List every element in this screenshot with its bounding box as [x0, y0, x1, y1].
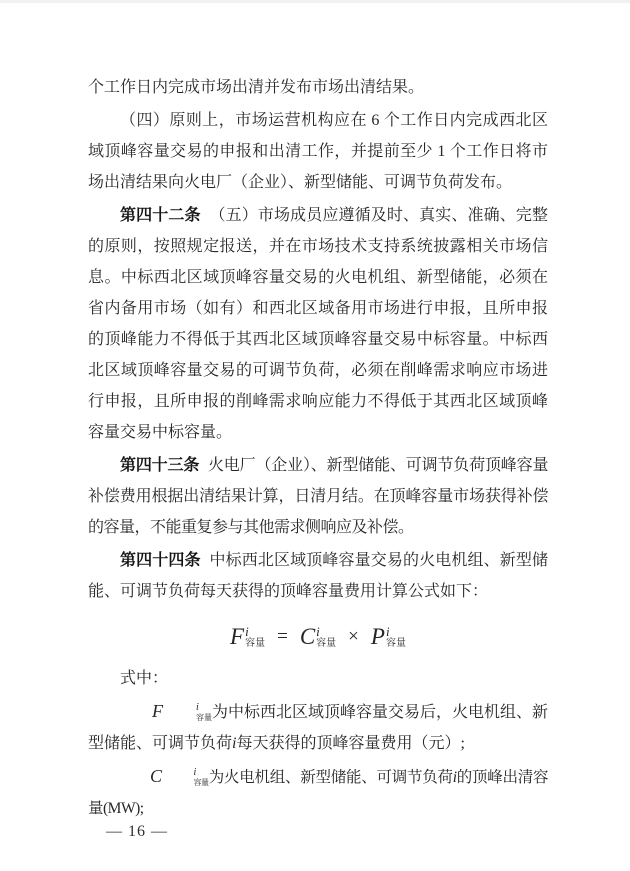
math-scripts: i容量 [163, 768, 209, 787]
math-superscript-i: i [386, 625, 390, 638]
math-superscript-i: i [316, 625, 320, 638]
equals-sign: = [277, 621, 288, 652]
article-43-number: 第四十三条 [120, 457, 199, 474]
article-42-number: 第四十二条 [120, 207, 201, 224]
multiplication-sign: × [348, 621, 359, 652]
math-base-C: C [119, 761, 162, 792]
paragraph-item-four: （四）原则上，市场运营机构应在 6 个工作日内完成西北区域顶峰容量交易的申报和出… [88, 105, 548, 198]
definition-F-text-b: 每天获得的顶峰容量费用（元）; [236, 735, 464, 752]
math-base-C: C [300, 621, 315, 652]
math-superscript-i: i [164, 703, 199, 713]
math-base-P: P [371, 621, 385, 652]
formula-var-C-capacity: Ci容量 [300, 621, 336, 652]
capacity-fee-formula: Fi容量 = Ci容量 × Pi容量 [88, 613, 548, 659]
math-scripts: i容量 [245, 625, 265, 649]
math-scripts: i容量 [316, 625, 336, 649]
math-subscript-capacity: 容量 [316, 639, 336, 649]
math-superscript-i: i [163, 768, 196, 778]
math-subscript-capacity: 容量 [164, 714, 212, 722]
paragraph-article-43: 第四十三条火电厂（企业）、新型储能、可调节负荷顶峰容量补偿费用根据出清结果计算，… [88, 450, 548, 543]
article-44-number: 第四十四条 [120, 552, 201, 569]
math-scripts: i容量 [164, 703, 212, 722]
definition-C-text-a: 为火电机组、新型储能、可调节负荷 [209, 769, 453, 786]
document-body: 个工作日内完成市场出清并发布市场出清结果。 （四）原则上，市场运营机构应在 6 … [88, 72, 548, 824]
math-subscript-capacity: 容量 [386, 639, 406, 649]
math-base-F: F [120, 696, 163, 727]
paragraph-formula-intro: 式中： [88, 663, 548, 694]
math-superscript-i: i [245, 625, 249, 638]
inline-var-F-capacity: Fi容量 [120, 696, 212, 727]
paragraph-article-42: 第四十二条（五）市场成员应遵循及时、真实、准确、完整的原则，按照规定报送，并在市… [88, 200, 548, 448]
math-subscript-capacity: 容量 [163, 779, 209, 787]
paragraph-definition-F: Fi容量为中标西北区域顶峰容量交易后，火电机组、新型储能、可调节负荷i每天获得的… [88, 696, 548, 759]
article-42-text: （五）市场成员应遵循及时、真实、准确、完整的原则，按照规定报送，并在市场技术支持… [88, 207, 548, 441]
paragraph-article-44: 第四十四条中标西北区域顶峰容量交易的火电机组、新型储能、可调节负荷每天获得的顶峰… [88, 545, 548, 607]
math-subscript-capacity: 容量 [245, 639, 265, 649]
page-number: — 16 — [106, 823, 168, 841]
formula-var-P-capacity: Pi容量 [371, 621, 406, 652]
formula-var-F-capacity: Fi容量 [230, 621, 265, 652]
paragraph-continuation: 个工作日内完成市场出清并发布市场出清结果。 [88, 72, 548, 103]
paragraph-definition-C: Ci容量为火电机组、新型储能、可调节负荷i的顶峰出清容量(MW); [88, 761, 548, 824]
math-scripts: i容量 [386, 625, 406, 649]
page-top-edge [0, 0, 630, 3]
math-base-F: F [230, 621, 244, 652]
inline-var-C-capacity: Ci容量 [119, 761, 209, 792]
